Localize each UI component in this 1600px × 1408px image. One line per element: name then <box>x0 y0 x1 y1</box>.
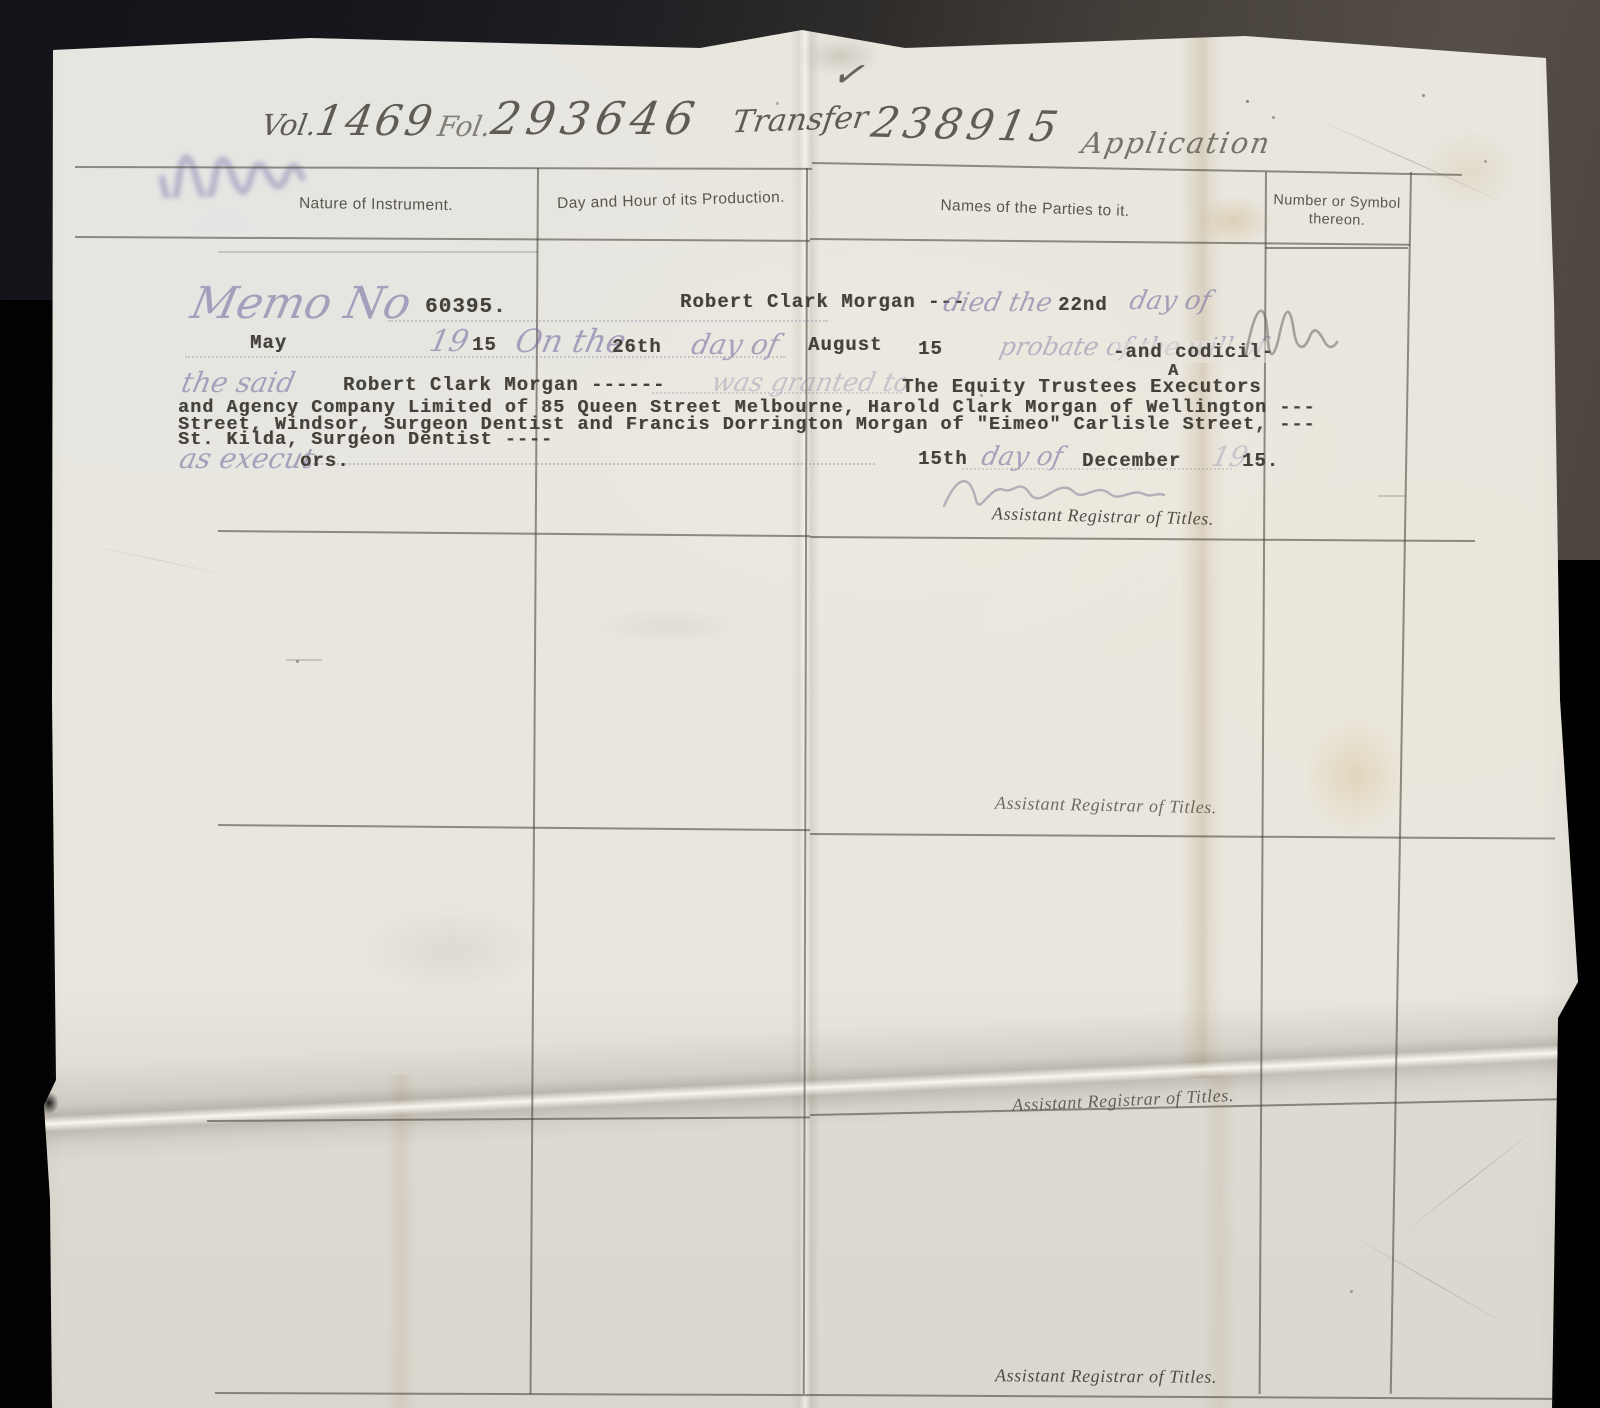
transfer-number: 238915 <box>868 98 1067 152</box>
stain <box>1280 690 1430 860</box>
hw-as-execut: as execut <box>176 442 317 475</box>
stain <box>1400 110 1540 230</box>
right-fold-crease-lower <box>1202 1070 1236 1408</box>
pencil-dash <box>286 659 322 661</box>
hw-day-of: day of <box>1127 286 1214 316</box>
hw-died-the: died the <box>941 288 1055 318</box>
checkmark: ✓ <box>829 50 867 98</box>
production-month: August <box>808 334 882 356</box>
header-double-rule <box>218 251 538 253</box>
symbol-column-mark <box>1238 292 1343 372</box>
memo-number: 60395. <box>425 296 507 319</box>
death-day: 22nd <box>1058 294 1108 316</box>
parchment-sheet: Vol. 1469 Fol. 293646 Transfer 238915 Ap… <box>0 0 1600 1408</box>
transfer-label: Transfer <box>730 100 870 141</box>
hw-year-19a: 19 <box>426 324 472 359</box>
fold-gap-shadow <box>36 1088 62 1118</box>
vol-number: 1469 <box>312 96 440 145</box>
symbol-cell-tick <box>1378 495 1406 497</box>
hw-day-of-2: day of <box>688 328 782 361</box>
column-header-nature: Nature of Instrument. <box>256 194 496 215</box>
document-photo: Vol. 1469 Fol. 293646 Transfer 238915 Ap… <box>0 0 1600 1408</box>
show-through-stamp <box>157 147 309 198</box>
application-label: Application <box>1079 126 1274 160</box>
hw-the-said: the said <box>178 366 298 399</box>
fol-label: Fol. <box>435 110 493 143</box>
date-year: 15. <box>1242 450 1279 472</box>
production-year: 15 <box>918 338 943 360</box>
paper-specks <box>1246 100 1249 103</box>
typed-ors: ors. <box>300 450 350 472</box>
symbol-cell-rule <box>1265 247 1408 249</box>
death-month: May <box>250 332 287 354</box>
vol-label: Vol. <box>259 108 319 142</box>
death-year: 15 <box>472 334 497 356</box>
memo-no-handwritten: Memo No <box>187 278 416 329</box>
fol-number: 293646 <box>487 92 704 145</box>
production-day: 26th <box>612 336 662 358</box>
party-name-2: Robert Clark Morgan ------ <box>343 374 665 396</box>
hw-was-granted: was granted to <box>709 368 913 398</box>
ink-ghost-smudge <box>320 890 580 1010</box>
dotted-rule <box>305 463 875 465</box>
party-name: Robert Clark Morgan --- <box>680 291 965 313</box>
ink-ghost-smudge <box>560 606 780 646</box>
grantee-line-1: The Equity Trustees Executors <box>902 376 1262 398</box>
registrar-title-4: Assistant Registrar of Titles. <box>995 1365 1217 1388</box>
